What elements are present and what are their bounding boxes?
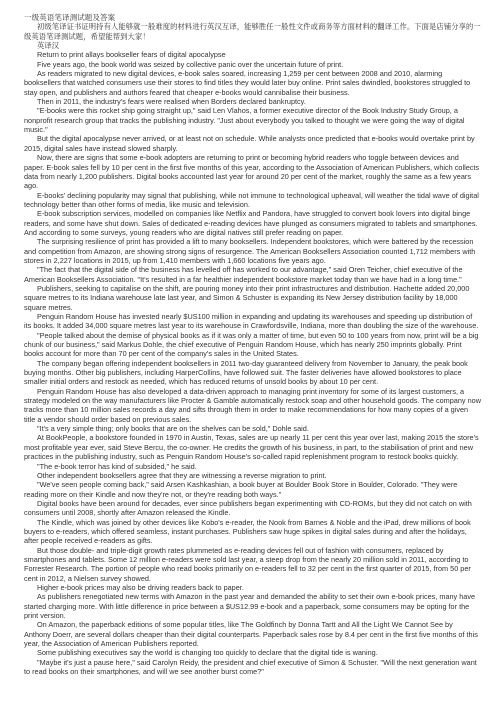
article-paragraph: "The e-book terror has kind of subsided,…: [24, 462, 481, 471]
article-paragraph: "People talked about the demise of physi…: [24, 331, 481, 359]
article-paragraph: The company began offering independent b…: [24, 359, 481, 387]
document-page: 一级英语笔译测试题及答案 初级笔译证书证明持有人能够就一般难度的材料进行英汉互译…: [0, 0, 504, 713]
article-paragraph: "It's a very simple thing; only books th…: [24, 424, 481, 433]
article-paragraph: Some publishing executives say the world…: [24, 648, 481, 657]
article-paragraph: But the digital apocalypse never arrived…: [24, 134, 481, 153]
article-paragraph: E-book subscription services, modelled o…: [24, 209, 481, 237]
article-paragraph: "E-books were this rocket ship going str…: [24, 106, 481, 134]
article-paragraph: Penguin Random House has also developed …: [24, 387, 481, 424]
article-paragraph: Now, there are signs that some e-book ad…: [24, 153, 481, 190]
article-paragraph: As publishers renegotiated new terms wit…: [24, 592, 481, 620]
article-paragraph: Other independent booksellers agree that…: [24, 471, 481, 480]
article-paragraph: But those double- and triple-digit growt…: [24, 546, 481, 583]
article-paragraph: Higher e-book prices may also be driving…: [24, 583, 481, 592]
article-paragraph: As readers migrated to new digital devic…: [24, 69, 481, 97]
article-paragraph: At BookPeople, a bookstore founded in 19…: [24, 433, 481, 461]
article-paragraph: On Amazon, the paperback editions of som…: [24, 620, 481, 648]
page-title: 一级英语笔译测试题及答案: [24, 13, 481, 22]
section-label: 英译汉: [24, 41, 481, 50]
article-paragraph: Five years ago, the book world was seize…: [24, 60, 481, 69]
article-paragraph: The Kindle, which was joined by other de…: [24, 518, 481, 546]
article-paragraph: "Maybe it's just a pause here," said Car…: [24, 658, 481, 677]
article-paragraph: "The fact that the digital side of the b…: [24, 265, 481, 284]
article-paragraph: The surprising resilience of print has p…: [24, 237, 481, 265]
article-paragraph: "We've seen people coming back," said Ar…: [24, 480, 481, 499]
article-paragraph: Then in 2011, the industry's fears were …: [24, 97, 481, 106]
article-paragraph: E-books' declining popularity may signal…: [24, 191, 481, 210]
article-paragraph: Penguin Random House has invested nearly…: [24, 312, 481, 331]
intro-paragraph: 初级笔译证书证明持有人能够就一般难度的材料进行英汉互译，能够胜任一般性文件或商务…: [24, 22, 481, 41]
article-paragraph: Digital books have been around for decad…: [24, 499, 481, 518]
article-title: Return to print allays bookseller fears …: [24, 50, 481, 59]
article-paragraph: Publishers, seeking to capitalise on the…: [24, 284, 481, 312]
